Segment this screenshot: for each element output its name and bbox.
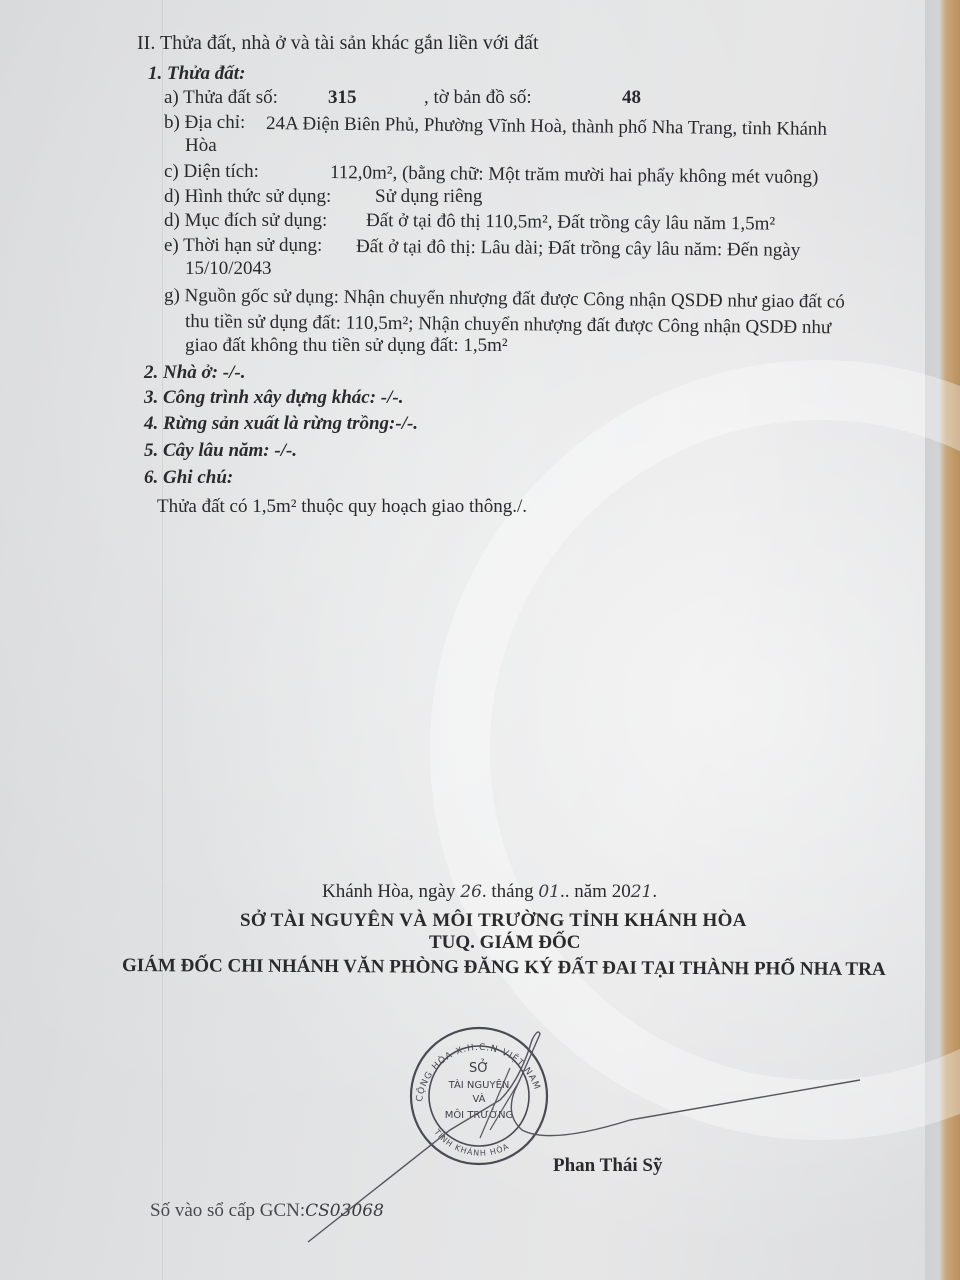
notes-title: 6. Ghi chú: bbox=[144, 467, 233, 489]
paper-fold bbox=[162, 0, 163, 1280]
other-construction-item: 3. Công trình xây dựng khác: -/-. bbox=[144, 387, 403, 409]
sign-day: 26 bbox=[460, 882, 482, 902]
term-value-line-1: Đất ở tại đô thị: Lâu dài; Đất trồng cây… bbox=[356, 236, 800, 262]
land-title: 1. Thửa đất: bbox=[148, 63, 245, 85]
on-behalf: TUQ. GIÁM ĐỐC bbox=[429, 932, 580, 954]
origin-line-3: giao đất không thu tiền sử dụng đất: 1,5… bbox=[185, 335, 508, 357]
handwritten-signature bbox=[300, 1020, 880, 1250]
house-item: 2. Nhà ở: -/-. bbox=[144, 362, 246, 384]
signer-position: GIÁM ĐỐC CHI NHÁNH VĂN PHÒNG ĐĂNG KÝ ĐẤT… bbox=[122, 955, 886, 981]
term-label: e) Thời hạn sử dụng: bbox=[164, 235, 322, 257]
notes-value: Thửa đất có 1,5m² thuộc quy hoạch giao t… bbox=[157, 496, 527, 518]
sign-date: Khánh Hòa, ngày 26. tháng 01.. năm 2021. bbox=[322, 881, 657, 903]
department-name: SỞ TÀI NGUYÊN VÀ MÔI TRƯỜNG TỈNH KHÁNH H… bbox=[240, 910, 747, 932]
parcel-number: 315 bbox=[328, 87, 357, 109]
map-sheet-label: , tờ bản đồ số: bbox=[424, 87, 532, 109]
registry-label: Số vào sổ cấp GCN: bbox=[150, 1200, 305, 1221]
area-label: c) Diện tích: bbox=[164, 161, 259, 183]
address-line-2: Hòa bbox=[185, 135, 217, 157]
purpose-value: Đất ở tại đô thị 110,5m², Đất trồng cây … bbox=[366, 210, 775, 236]
usage-form-label: d) Hình thức sử dụng: bbox=[164, 186, 331, 208]
term-value-line-2: 15/10/2043 bbox=[185, 258, 272, 280]
sign-year-label: năm 20 bbox=[574, 881, 630, 902]
purpose-label: d) Mục đích sử dụng: bbox=[164, 210, 327, 232]
registry-value: CS03068 bbox=[305, 1201, 384, 1221]
address-label: b) Địa chỉ: bbox=[164, 112, 245, 134]
signer-name: Phan Thái Sỹ bbox=[553, 1155, 662, 1177]
registry-row: Số vào sổ cấp GCN:CS03068 bbox=[150, 1200, 384, 1222]
parcel-label: a) Thửa đất số: bbox=[164, 87, 278, 109]
sign-year: 21 bbox=[631, 882, 653, 902]
usage-form-value: Sử dụng riêng bbox=[375, 186, 482, 208]
sign-place-prefix: Khánh Hòa, ngày bbox=[322, 881, 456, 902]
sign-month-label: tháng bbox=[491, 881, 533, 902]
sign-month: 01 bbox=[538, 882, 560, 902]
map-sheet-number: 48 bbox=[622, 87, 641, 109]
forest-item: 4. Rừng sản xuất là rừng trồng:-/-. bbox=[144, 413, 418, 435]
section-title: II. Thửa đất, nhà ở và tài sản khác gắn … bbox=[137, 32, 539, 54]
perennial-item: 5. Cây lâu năm: -/-. bbox=[144, 440, 297, 462]
